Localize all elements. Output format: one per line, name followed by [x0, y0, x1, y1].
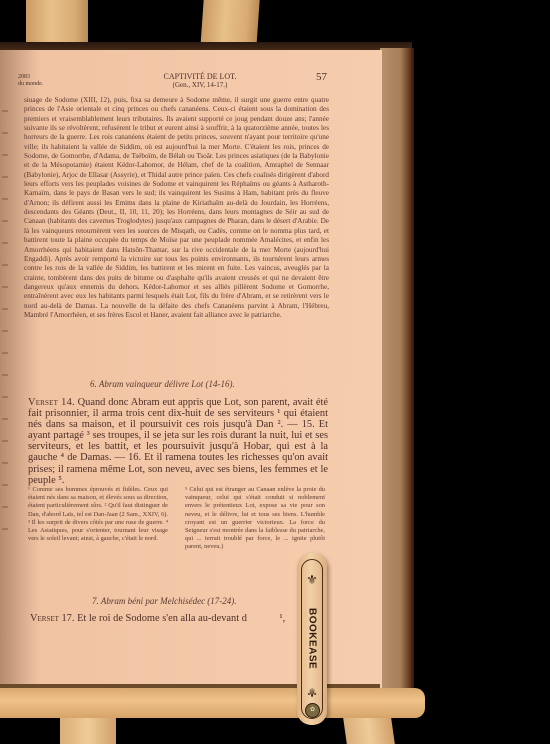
- verse-label: Verset 14.: [28, 397, 75, 408]
- margin-marks: [2, 110, 12, 580]
- book-page-block-edge: [380, 48, 414, 688]
- verse-text: Quand donc Abram eut appris que Lot, son…: [28, 397, 328, 486]
- easel-leg-right: [343, 718, 395, 744]
- verse-tail: ¹,: [280, 613, 286, 624]
- running-header-year: 2083 du monde.: [18, 74, 43, 88]
- verse-label: Verset 17.: [30, 613, 74, 624]
- medallion-icon: ✿: [305, 703, 320, 718]
- verse-14-block: Verset 14. Quand donc Abram eut appris q…: [28, 397, 328, 486]
- running-header-title: CAPTIVITÉ DE LOT. (Gen., XIV, 14-17.): [120, 73, 280, 89]
- verse-text: Et le roi de Sodome s'en alla au-devant …: [74, 613, 246, 624]
- clip-brand: BOOKEASE: [299, 591, 325, 687]
- section-heading-7: 7. Abram béni par Melchisédec (17-24).: [92, 596, 312, 606]
- page-clip[interactable]: ⚜ BOOKEASE ⚜ ✿: [297, 553, 327, 725]
- footnotes-right-column: ⁵ Celui qui est étranger au Canaan enlèv…: [185, 486, 325, 552]
- scripture-reference: (Gen., XIV, 14-17.): [120, 81, 280, 89]
- fleur-de-lis-icon: ⚜: [305, 571, 319, 589]
- brand-text: BOOKEASE: [307, 608, 318, 669]
- easel-post-right: [200, 0, 259, 48]
- fleur-de-lis-icon: ⚜: [305, 683, 319, 701]
- commentary-paragraph: siuage de Sodome (XIII, 12), puis, fixa …: [24, 96, 329, 320]
- easel-leg-left: [60, 718, 116, 744]
- page-number: 57: [316, 73, 327, 81]
- header-year: 2083: [18, 74, 43, 81]
- easel-post-left: [26, 0, 88, 48]
- footnotes-left-column: ¹ Comme ses hommes éprouvés et fidèles. …: [28, 486, 168, 543]
- header-year-label: du monde.: [18, 81, 43, 88]
- section-heading-6: 6. Abram vainqueur délivre Lot (14-16).: [90, 379, 290, 389]
- chapter-title: CAPTIVITÉ DE LOT.: [120, 73, 280, 81]
- easel-shelf: [0, 688, 425, 718]
